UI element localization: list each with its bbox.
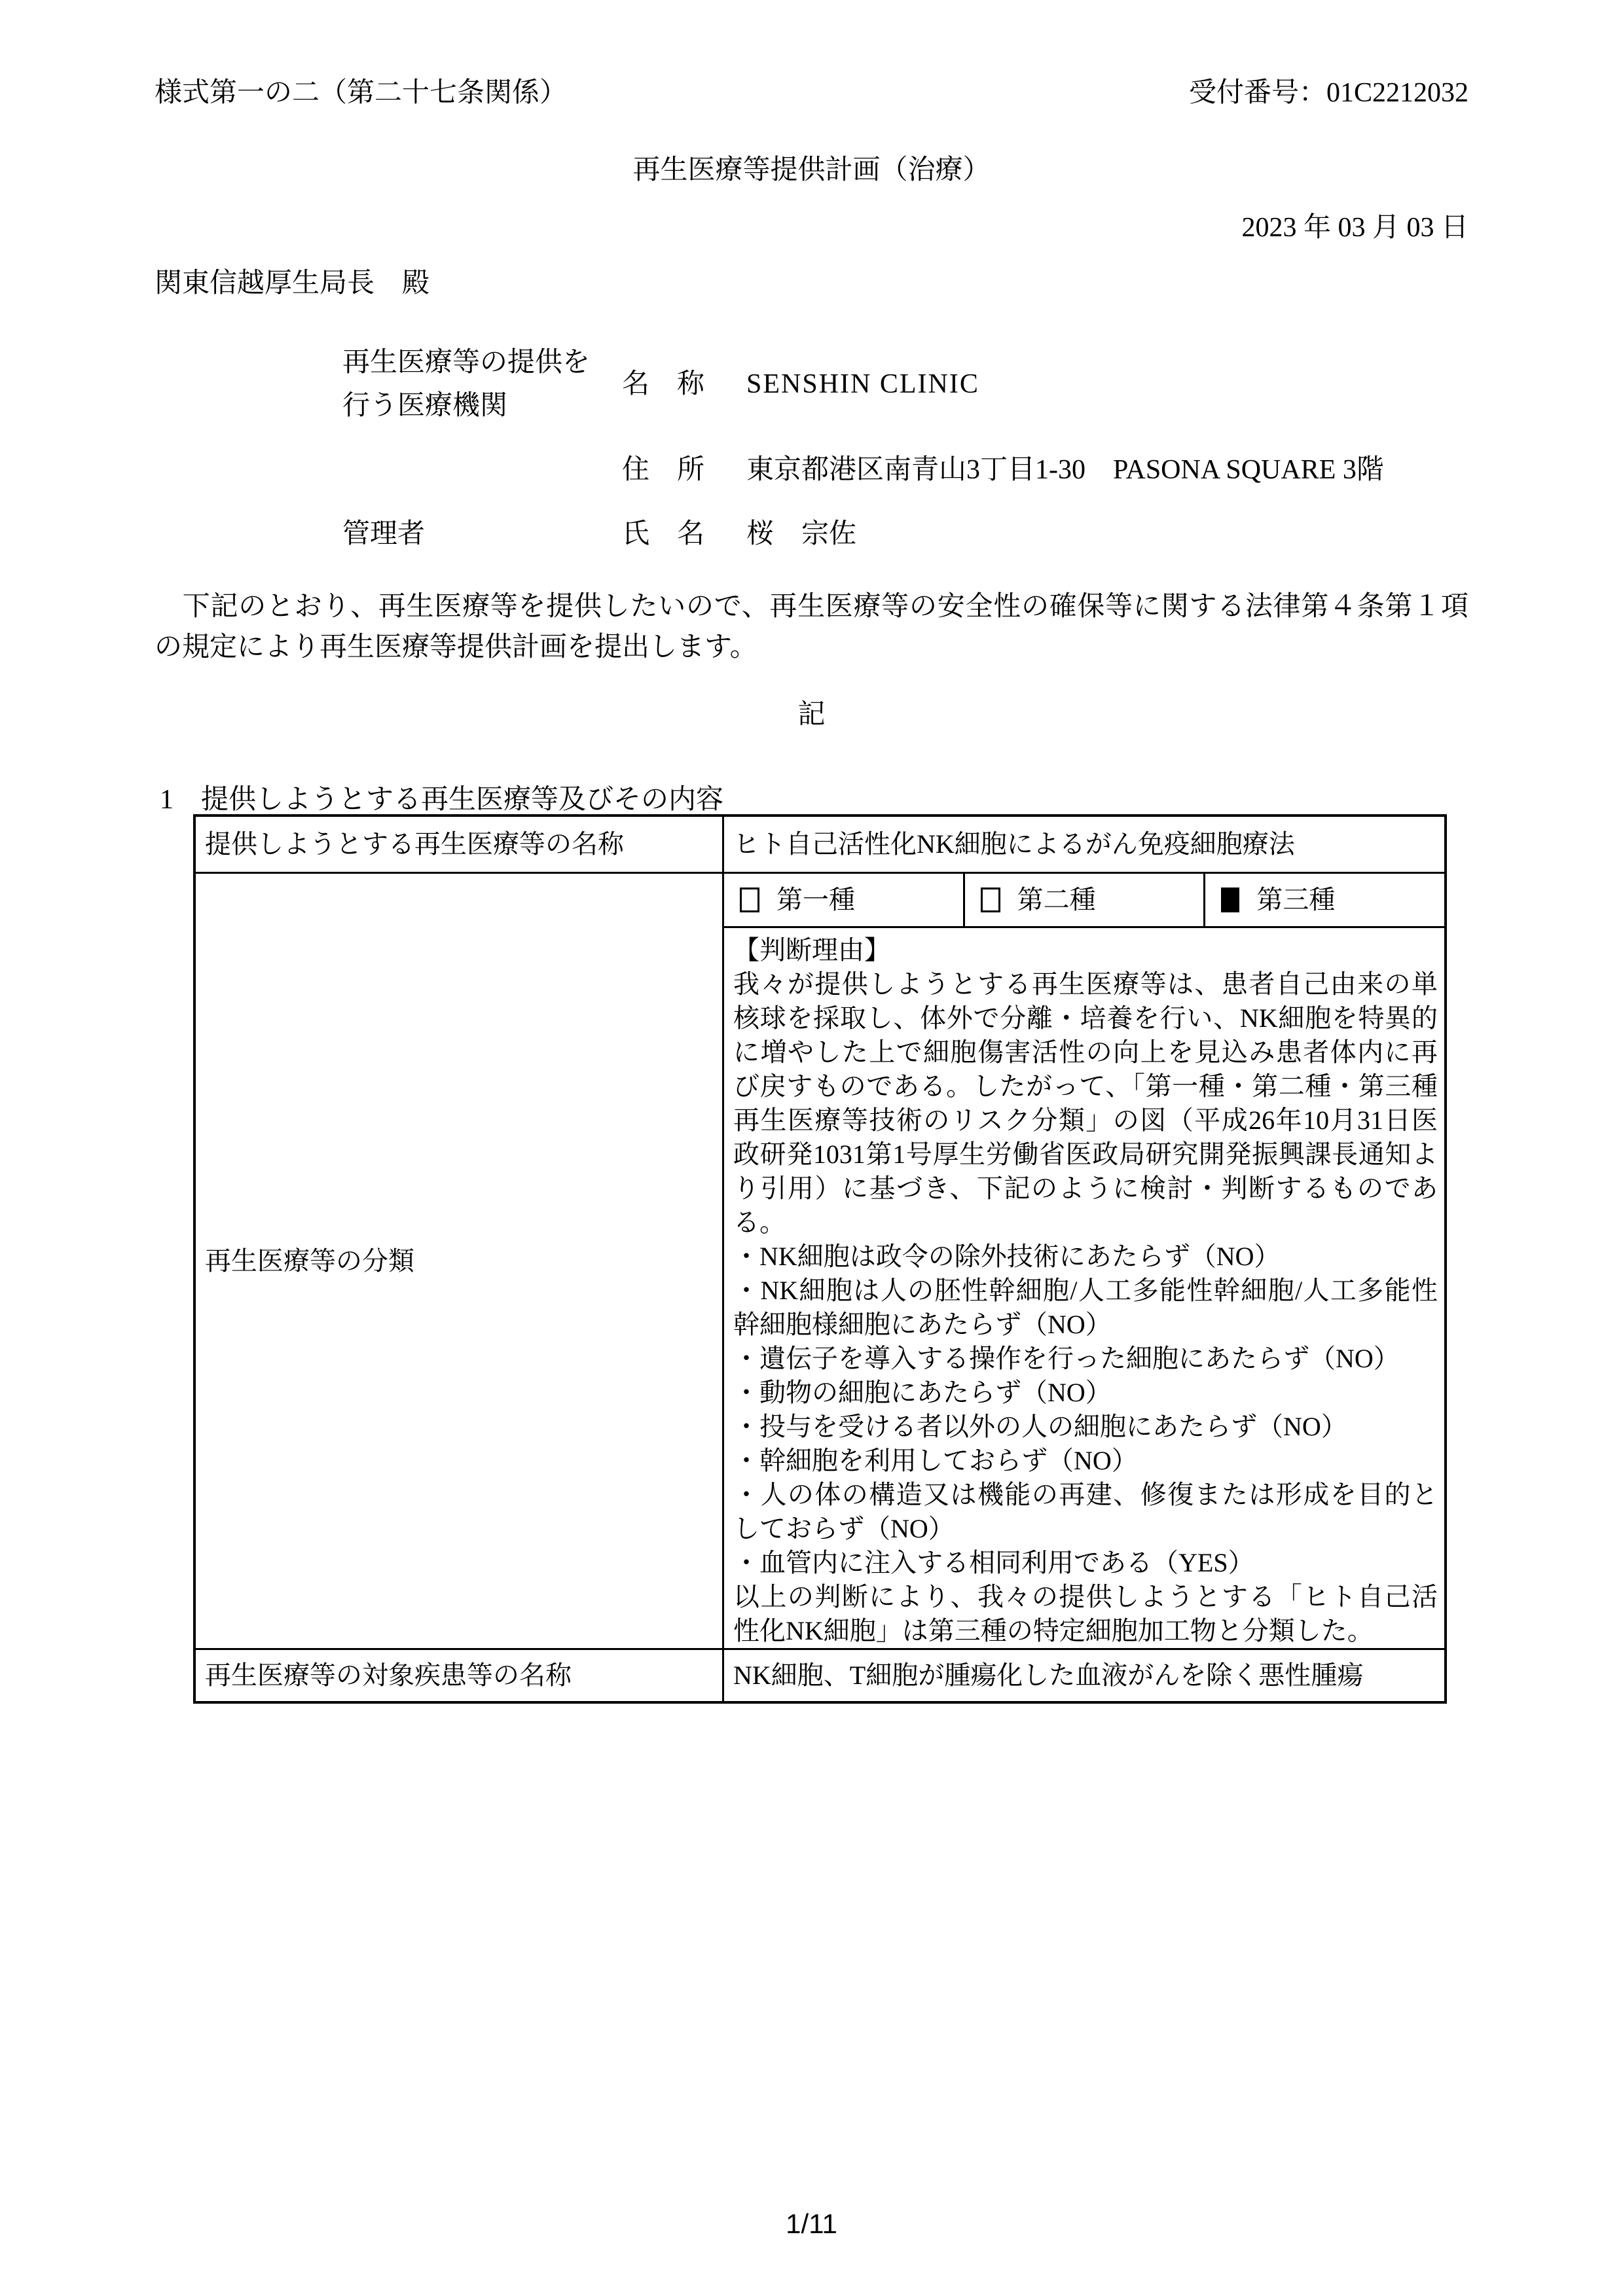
clinic-name-label: 名 称 <box>622 365 704 404</box>
classification-options-row: 第一種 第二種 第三種 <box>724 874 1444 926</box>
class-option-type1-label: 第一種 <box>776 881 855 919</box>
class-option-type2: 第二種 <box>965 874 1206 926</box>
table-row: 提供しようとする再生医療等の名称 ヒト自己活性化NK細胞によるがん免疫細胞療法 <box>194 816 1446 873</box>
ki-marker: 記 <box>0 695 1623 735</box>
receipt-number-label: 受付番号： <box>1189 78 1326 108</box>
target-disease-label-cell: 再生医療等の対象疾患等の名称 <box>194 1649 723 1703</box>
form-number: 様式第一の二（第二十七条関係） <box>155 73 567 113</box>
classification-label-cell: 再生医療等の分類 <box>194 873 723 1649</box>
body-paragraph: 下記のとおり、再生医療等を提供したいので、再生医療等の安全性の確保等に関する法律… <box>155 586 1468 668</box>
treatment-name-value-cell: ヒト自己活性化NK細胞によるがん免疫細胞療法 <box>723 816 1446 873</box>
clinic-address-label: 住 所 <box>622 450 704 490</box>
class-option-type3-label: 第三種 <box>1256 881 1335 919</box>
document-page: 様式第一の二（第二十七条関係） 受付番号：01C2212032 再生医療等提供計… <box>0 0 1623 2296</box>
manager-name-value: 桜 宗佐 <box>746 514 856 554</box>
target-disease-value-cell: NK細胞、T細胞が腫瘍化した血液がんを除く悪性腫瘍 <box>723 1649 1446 1703</box>
provider-org-label-line2: 行う医療機関 <box>342 386 507 426</box>
receipt-number-line: 受付番号：01C2212032 <box>1189 73 1468 113</box>
treatment-plan-table: 提供しようとする再生医療等の名称 ヒト自己活性化NK細胞によるがん免疫細胞療法 … <box>193 814 1447 1704</box>
table-row: 再生医療等の分類 第一種 第二種 第三種 <box>194 873 1446 927</box>
clinic-address-value: 東京都港区南青山3丁目1-30 PASONA SQUARE 3階 <box>746 450 1384 490</box>
page-number: 1/11 <box>0 2204 1623 2244</box>
class-option-type2-label: 第二種 <box>1017 881 1096 919</box>
provider-org-label-line1: 再生医療等の提供を <box>342 343 590 383</box>
classification-reason-text: 【判断理由】 我々が提供しようとする再生医療等は、患者自己由来の単核球を採取し、… <box>733 928 1438 1648</box>
clinic-name-value: SENSHIN CLINIC <box>746 365 979 404</box>
classification-reason-cell: 【判断理由】 我々が提供しようとする再生医療等は、患者自己由来の単核球を採取し、… <box>723 927 1446 1649</box>
manager-label: 管理者 <box>342 514 425 554</box>
treatment-name-label-cell: 提供しようとする再生医療等の名称 <box>194 816 723 873</box>
checkbox-type1-icon <box>740 888 759 912</box>
table-row: 再生医療等の対象疾患等の名称 NK細胞、T細胞が腫瘍化した血液がんを除く悪性腫瘍 <box>194 1649 1446 1703</box>
document-title: 再生医療等提供計画（治療） <box>0 151 1623 190</box>
class-option-type1: 第一種 <box>724 874 965 926</box>
checkbox-type3-icon <box>1221 888 1239 912</box>
addressee: 関東信越厚生局長 殿 <box>155 264 429 304</box>
submission-date: 2023 年 03 月 03 日 <box>1241 208 1468 248</box>
receipt-number-value: 01C2212032 <box>1326 78 1468 108</box>
class-option-type3: 第三種 <box>1205 874 1444 926</box>
classification-checkbox-cell: 第一種 第二種 第三種 <box>723 873 1446 927</box>
checkbox-type2-icon <box>981 888 1000 912</box>
manager-name-label: 氏 名 <box>622 514 704 554</box>
